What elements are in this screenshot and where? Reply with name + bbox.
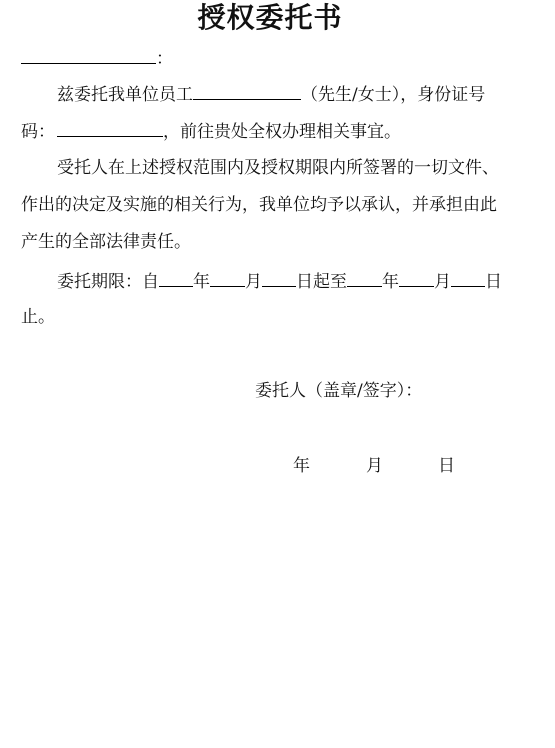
paragraph3-line1: 委托期限：自年月日起至年月日 xyxy=(21,270,502,292)
end-day-label: 日 xyxy=(485,272,502,292)
start-year-label: 年 xyxy=(193,272,210,292)
paragraph3-line2: 止。 xyxy=(21,307,55,327)
end-year-label: 年 xyxy=(382,272,399,292)
end-month-blank[interactable] xyxy=(399,270,434,287)
term-label: 委托期限：自 xyxy=(57,272,159,292)
addressee-colon: ： xyxy=(156,49,173,69)
start-day-label: 日起至 xyxy=(296,272,347,292)
start-year-blank[interactable] xyxy=(159,270,193,287)
date-month-label: 月 xyxy=(366,456,383,476)
date-year-label: 年 xyxy=(293,456,310,476)
id-number-label: 码： xyxy=(21,122,55,142)
signatory-label: 委托人（盖章/签字）： xyxy=(255,381,422,401)
start-day-blank[interactable] xyxy=(262,270,296,287)
id-number-blank[interactable] xyxy=(57,120,163,137)
end-year-blank[interactable] xyxy=(347,270,382,287)
paragraph1-line1: 兹委托我单位员工（先生/女士），身份证号 xyxy=(21,83,485,105)
paragraph2-line1: 受托人在上述授权范围内及授权期限内所签署的一切文件、 xyxy=(21,158,499,178)
paragraph2-line2: 作出的决定及实施的相关行为，我单位均予以承认，并承担由此 xyxy=(21,195,497,215)
paragraph1-line2: 码：，前往贵处全权办理相关事宜。 xyxy=(21,120,401,142)
document-title: 授权委托书 xyxy=(0,1,540,35)
end-day-blank[interactable] xyxy=(451,270,485,287)
paragraph2-line3: 产生的全部法律责任。 xyxy=(21,232,191,252)
addressee-blank[interactable] xyxy=(21,47,156,64)
paragraph1-suffix: （先生/女士），身份证号 xyxy=(301,85,485,105)
end-month-label: 月 xyxy=(434,272,451,292)
start-month-blank[interactable] xyxy=(210,270,245,287)
addressee-line: ： xyxy=(21,47,173,69)
date-day-label: 日 xyxy=(438,456,455,476)
employee-name-blank[interactable] xyxy=(193,83,301,100)
start-month-label: 月 xyxy=(245,272,262,292)
paragraph1-prefix: 兹委托我单位员工 xyxy=(57,85,193,105)
paragraph1-line2-suffix: ，前往贵处全权办理相关事宜。 xyxy=(163,122,401,142)
